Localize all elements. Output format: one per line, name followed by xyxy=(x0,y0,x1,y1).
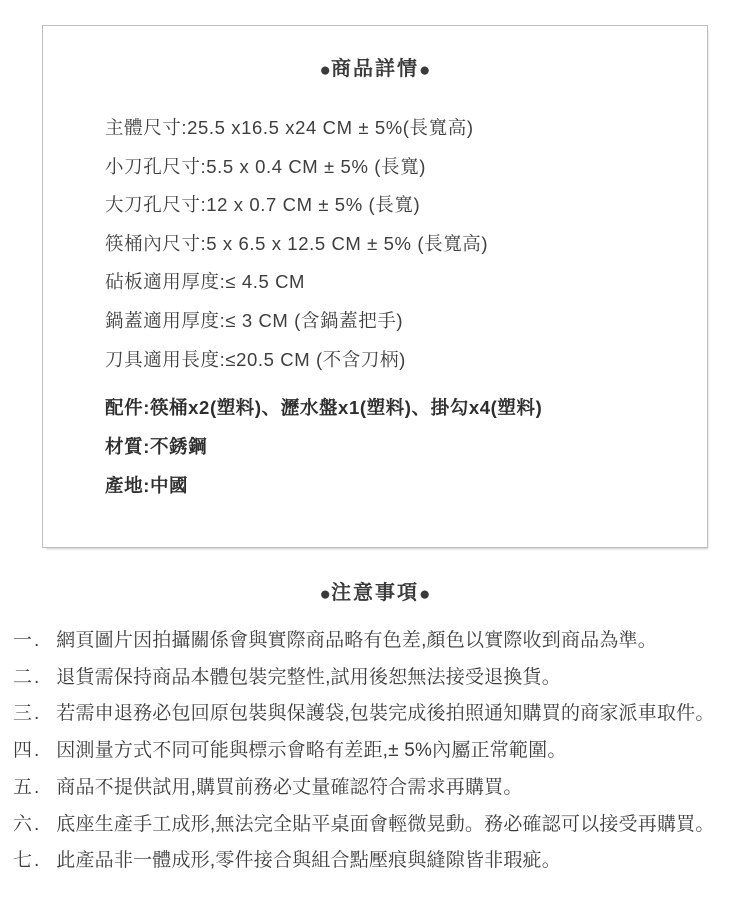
notice-title-text: 注意事項 xyxy=(331,582,419,604)
notice-item-2: 二. 退貨需保持商品本體包裝完整性,試用後恕無法接受退換貨。 xyxy=(13,660,750,697)
notice-item-7: 七. 此產品非一體成形,零件接合與組合點壓痕與縫隙皆非瑕疵。 xyxy=(13,843,750,880)
notice-item-number: 六. xyxy=(13,807,41,844)
attribute-line-material: 材質:不銹鋼 xyxy=(105,428,707,467)
spec-list: 主體尺寸:25.5 x16.5 x24 CM ± 5%(長寬高) 小刀孔尺寸:5… xyxy=(105,109,707,379)
product-details-title: ●商品詳情● xyxy=(43,56,707,84)
spec-line-knife-length: 刀具適用長度:≤20.5 CM (不含刀柄) xyxy=(105,341,707,380)
attribute-list: 配件:筷桶x2(塑料)、瀝水盤x1(塑料)、掛勾x4(塑料) 材質:不銹鋼 產地… xyxy=(105,389,707,505)
notice-item-number: 三. xyxy=(13,696,41,733)
notice-item-5: 五. 商品不提供試用,購買前務必丈量確認符合需求再購買。 xyxy=(13,770,750,807)
notice-item-number: 四. xyxy=(13,733,41,770)
spec-line-main-size: 主體尺寸:25.5 x16.5 x24 CM ± 5%(長寬高) xyxy=(105,109,707,148)
bullet-dot-icon: ● xyxy=(320,60,331,81)
product-details-title-text: 商品詳情 xyxy=(331,58,419,80)
notice-item-number: 七. xyxy=(13,843,41,880)
notice-item-text: 網頁圖片因拍攝關係會與實際商品略有色差,顏色以實際收到商品為準。 xyxy=(56,623,657,660)
notice-item-number: 二. xyxy=(13,660,41,697)
notice-section: ●注意事項● 一. 網頁圖片因拍攝關係會與實際商品略有色差,顏色以實際收到商品為… xyxy=(0,580,750,880)
bullet-dot-icon: ● xyxy=(320,584,331,605)
notice-item-text: 若需申退務必包回原包裝與保護袋,包裝完成後拍照通知購買的商家派車取件。 xyxy=(56,696,714,733)
attribute-line-accessories: 配件:筷桶x2(塑料)、瀝水盤x1(塑料)、掛勾x4(塑料) xyxy=(105,389,707,428)
product-description-page: ●商品詳情● 主體尺寸:25.5 x16.5 x24 CM ± 5%(長寬高) … xyxy=(0,0,750,906)
bullet-dot-icon: ● xyxy=(419,60,430,81)
attribute-line-origin: 產地:中國 xyxy=(105,467,707,506)
notice-item-text: 此產品非一體成形,零件接合與組合點壓痕與縫隙皆非瑕疵。 xyxy=(56,843,561,880)
notice-list: 一. 網頁圖片因拍攝關係會與實際商品略有色差,顏色以實際收到商品為準。 二. 退… xyxy=(0,623,750,880)
spec-line-large-knife-slot: 大刀孔尺寸:12 x 0.7 CM ± 5% (長寬) xyxy=(105,186,707,225)
notice-item-1: 一. 網頁圖片因拍攝關係會與實際商品略有色差,顏色以實際收到商品為準。 xyxy=(13,623,750,660)
notice-item-4: 四. 因測量方式不同可能與標示會略有差距,± 5%內屬正常範圍。 xyxy=(13,733,750,770)
notice-item-3: 三. 若需申退務必包回原包裝與保護袋,包裝完成後拍照通知購買的商家派車取件。 xyxy=(13,696,750,733)
notice-item-number: 一. xyxy=(13,623,41,660)
notice-item-number: 五. xyxy=(13,770,41,807)
notice-item-text: 底座生產手工成形,無法完全貼平桌面會輕微晃動。務必確認可以接受再購買。 xyxy=(56,807,714,844)
notice-title: ●注意事項● xyxy=(0,580,750,608)
notice-item-text: 退貨需保持商品本體包裝完整性,試用後恕無法接受退換貨。 xyxy=(56,660,561,697)
spec-line-small-knife-slot: 小刀孔尺寸:5.5 x 0.4 CM ± 5% (長寬) xyxy=(105,148,707,187)
notice-item-text: 商品不提供試用,購買前務必丈量確認符合需求再購買。 xyxy=(56,770,522,807)
bullet-dot-icon: ● xyxy=(419,584,430,605)
product-details-box: ●商品詳情● 主體尺寸:25.5 x16.5 x24 CM ± 5%(長寬高) … xyxy=(42,25,708,548)
spec-line-cutting-board-thickness: 砧板適用厚度:≤ 4.5 CM xyxy=(105,263,707,302)
notice-item-6: 六. 底座生產手工成形,無法完全貼平桌面會輕微晃動。務必確認可以接受再購買。 xyxy=(13,807,750,844)
spec-line-pot-lid-thickness: 鍋蓋適用厚度:≤ 3 CM (含鍋蓋把手) xyxy=(105,302,707,341)
notice-item-text: 因測量方式不同可能與標示會略有差距,± 5%內屬正常範圍。 xyxy=(56,733,566,770)
spec-line-chopstick-holder: 筷桶內尺寸:5 x 6.5 x 12.5 CM ± 5% (長寬高) xyxy=(105,225,707,264)
